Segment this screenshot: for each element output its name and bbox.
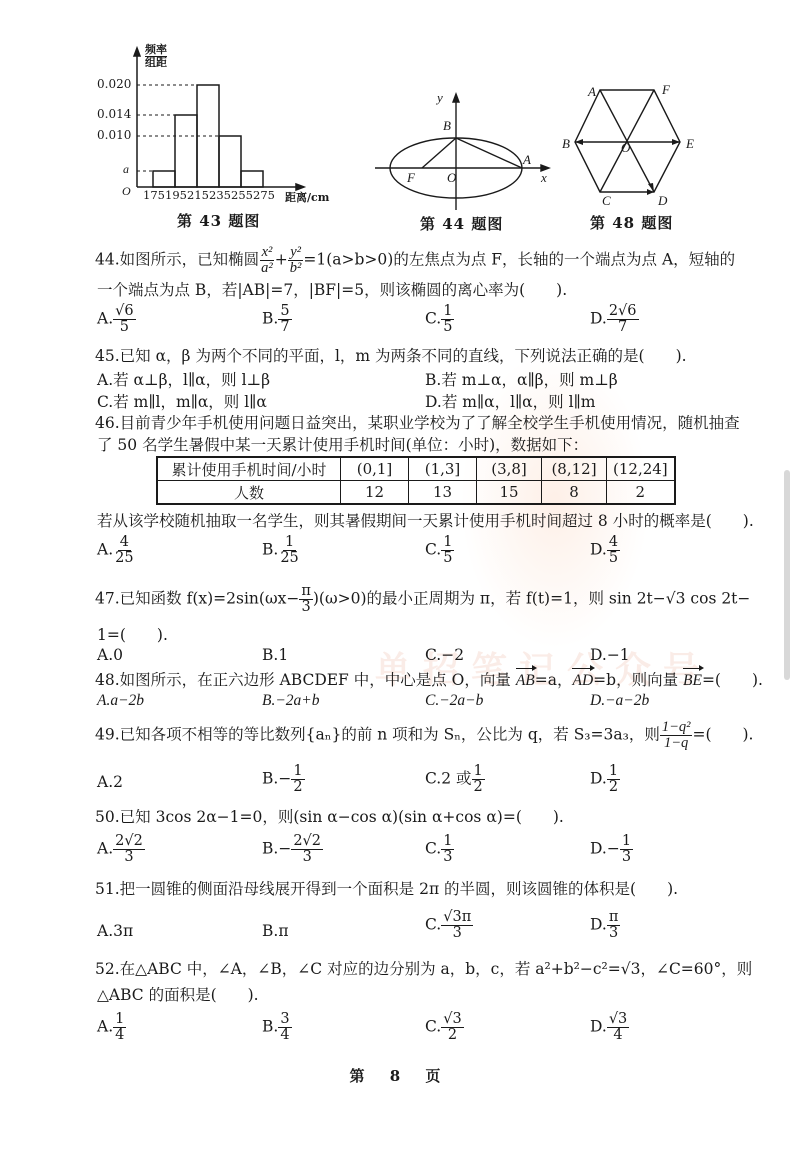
- label-A: A: [588, 84, 596, 100]
- question-49: 49.已知各项不相等的等比数列{aₙ}的前 n 项和为 Sₙ，公比为 q，若 S…: [95, 720, 753, 751]
- option-a[interactable]: A.14: [97, 1012, 126, 1043]
- figure-caption: 第 48 题图: [590, 212, 673, 233]
- usage-table: 累计使用手机时间/小时 (0,1] (1,3] (3,8] (8,12] (12…: [156, 456, 676, 505]
- option-c[interactable]: C.−2a−b: [425, 692, 483, 710]
- fraction: x²a²: [259, 245, 275, 276]
- option-c[interactable]: C.15: [425, 304, 454, 335]
- table-cell: 累计使用手机时间/小时: [157, 457, 341, 481]
- option-c[interactable]: C.2 或12: [425, 764, 485, 795]
- figure-44: y B A F O x 第 44 题图: [355, 88, 555, 238]
- option-b[interactable]: B.−12: [262, 764, 305, 795]
- table-cell: 人数: [157, 481, 341, 505]
- label-E: E: [686, 136, 694, 152]
- option-d[interactable]: D.−a−2b: [590, 692, 649, 710]
- table-cell: 15: [477, 481, 542, 505]
- option-b[interactable]: B.34: [262, 1012, 292, 1043]
- scrollbar[interactable]: [784, 470, 790, 680]
- question-text: 如图所示，已知椭圆: [120, 251, 260, 269]
- table-cell: 13: [409, 481, 477, 505]
- option-d[interactable]: D.45: [590, 535, 620, 566]
- option-a[interactable]: A.425: [97, 535, 136, 566]
- vector-AD: AD: [572, 670, 593, 692]
- label-D: D: [658, 193, 667, 209]
- option-c[interactable]: C.√32: [425, 1012, 464, 1043]
- label-O: O: [621, 140, 630, 156]
- option-d[interactable]: D.π3: [590, 910, 620, 941]
- option-d[interactable]: D.−1: [590, 646, 630, 664]
- table-cell: (1,3]: [409, 457, 477, 481]
- question-46: 46.目前青少年手机使用问题日益突出，某职业学校为了了解全校学生手机使用情况，随…: [95, 412, 740, 434]
- table-row: 人数 12 13 15 8 2: [157, 481, 675, 505]
- y-tick: 0.010: [97, 128, 131, 142]
- option-a[interactable]: A.2: [97, 773, 123, 791]
- figure-48: A F B O E C D 第 48 题图: [570, 80, 720, 240]
- origin-label: O: [122, 184, 131, 199]
- question-44: 44.如图所示，已知椭圆x²a²+y²b²=1(a>b>0)的左焦点为点 F，长…: [95, 245, 735, 276]
- option-b[interactable]: B.−2a+b: [262, 692, 320, 710]
- y-tick: 0.014: [97, 107, 131, 121]
- x-tick: 275: [253, 188, 275, 202]
- option-d[interactable]: D.2√67: [590, 304, 639, 335]
- question-47-line2: 1=( ).: [97, 624, 168, 646]
- question-44-line2: 一个端点为点 B，若|AB|=7，|BF|=5，则该椭圆的离心率为( ).: [97, 279, 567, 301]
- option-a[interactable]: A.0: [97, 646, 123, 664]
- label-F: F: [407, 170, 415, 186]
- table-cell: 12: [341, 481, 409, 505]
- option-a[interactable]: A.a−2b: [97, 692, 144, 710]
- x-tick: 195: [165, 188, 187, 202]
- question-text: =1(a>b>0)的左焦点为点 F，长轴的一个端点为点 A，短轴的: [303, 251, 735, 269]
- question-52-line2: △ABC 的面积是( ).: [97, 984, 259, 1006]
- option-d[interactable]: D.√34: [590, 1012, 629, 1043]
- table-cell: 2: [607, 481, 675, 505]
- option-d[interactable]: D.−13: [590, 834, 633, 865]
- fraction: y²b²: [288, 245, 304, 276]
- option-a[interactable]: A.2√23: [97, 834, 145, 865]
- table-cell: (8,12]: [542, 457, 607, 481]
- table-cell: 8: [542, 481, 607, 505]
- question-47: 47.已知函数 f(x)=2sin(ωx−π3)(ω>0)的最小正周期为 π，若…: [95, 584, 750, 615]
- histogram-chart: [95, 42, 345, 202]
- question-50: 50.已知 3cos 2α−1=0，则(sin α−cos α)(sin α+c…: [95, 806, 564, 828]
- x-axis-label: 距离/cm: [285, 189, 329, 205]
- option-c[interactable]: C.13: [425, 834, 454, 865]
- page-number: 第 8 页: [0, 1065, 800, 1086]
- option-d[interactable]: D.若 m∥α，l∥α，则 l∥m: [425, 390, 595, 412]
- label-B: B: [443, 118, 451, 134]
- question-52: 52.在△ABC 中，∠A，∠B，∠C 对应的边分别为 a，b，c，若 a²+b…: [95, 958, 752, 980]
- option-b[interactable]: B.π: [262, 922, 289, 940]
- figure-43: 频率 组距 0.020 0.014 0.010 a O 175 195 215 …: [95, 42, 345, 237]
- vector-BE: BE: [683, 670, 702, 692]
- y-tick: a: [123, 162, 129, 177]
- option-b[interactable]: B.1: [262, 646, 288, 664]
- x-tick: 255: [231, 188, 253, 202]
- label-B: B: [562, 136, 570, 152]
- label-y: y: [437, 90, 443, 106]
- vector-AB: AB: [516, 670, 535, 692]
- table-header-row: 累计使用手机时间/小时 (0,1] (1,3] (3,8] (8,12] (12…: [157, 457, 675, 481]
- option-b[interactable]: B.若 m⊥α，α∥β，则 m⊥β: [425, 368, 618, 390]
- table-cell: (12,24]: [607, 457, 675, 481]
- option-b[interactable]: B.125: [262, 535, 301, 566]
- question-46-line2: 了 50 名学生暑假中某一天累计使用手机时间(单位：小时)，数据如下：: [97, 434, 588, 456]
- y-tick: 0.020: [97, 77, 131, 91]
- question-number: 44.: [95, 251, 120, 269]
- label-F: F: [662, 82, 670, 98]
- option-c[interactable]: C.−2: [425, 646, 464, 664]
- x-tick: 215: [187, 188, 209, 202]
- label-x: x: [541, 170, 547, 186]
- label-O: O: [447, 170, 456, 186]
- y-axis-label-bottom: 组距: [145, 57, 167, 69]
- question-46-line3: 若从该学校随机抽取一名学生，则其暑假期间一天累计使用手机时间超过 8 小时的概率…: [97, 510, 754, 532]
- option-c[interactable]: C.√3π3: [425, 910, 473, 941]
- option-b[interactable]: B.−2√23: [262, 834, 323, 865]
- question-51: 51.把一圆锥的侧面沿母线展开得到一个面积是 2π 的半圆，则该圆锥的体积是( …: [95, 878, 678, 900]
- label-A: A: [523, 152, 531, 168]
- figure-caption: 第 44 题图: [420, 213, 503, 234]
- label-C: C: [602, 193, 611, 209]
- option-c[interactable]: C.若 m∥l，m∥α，则 l∥α: [97, 390, 267, 412]
- table-cell: (0,1]: [341, 457, 409, 481]
- question-48: 48.如图所示，在正六边形 ABCDEF 中，中心是点 O，向量 AB=a，AD…: [95, 669, 763, 692]
- x-tick: 175: [143, 188, 165, 202]
- x-tick: 235: [209, 188, 231, 202]
- option-a[interactable]: A.若 α⊥β，l∥α，则 l⊥β: [97, 368, 270, 390]
- option-b[interactable]: B.57: [262, 304, 292, 335]
- option-c[interactable]: C.15: [425, 535, 454, 566]
- table-cell: (3,8]: [477, 457, 542, 481]
- option-a[interactable]: A.√65: [97, 304, 136, 335]
- option-d[interactable]: D.12: [590, 764, 620, 795]
- option-a[interactable]: A.3π: [97, 922, 133, 940]
- figure-caption: 第 43 题图: [177, 210, 260, 231]
- question-45: 45.已知 α，β 为两个不同的平面，l，m 为两条不同的直线，下列说法正确的是…: [95, 345, 687, 367]
